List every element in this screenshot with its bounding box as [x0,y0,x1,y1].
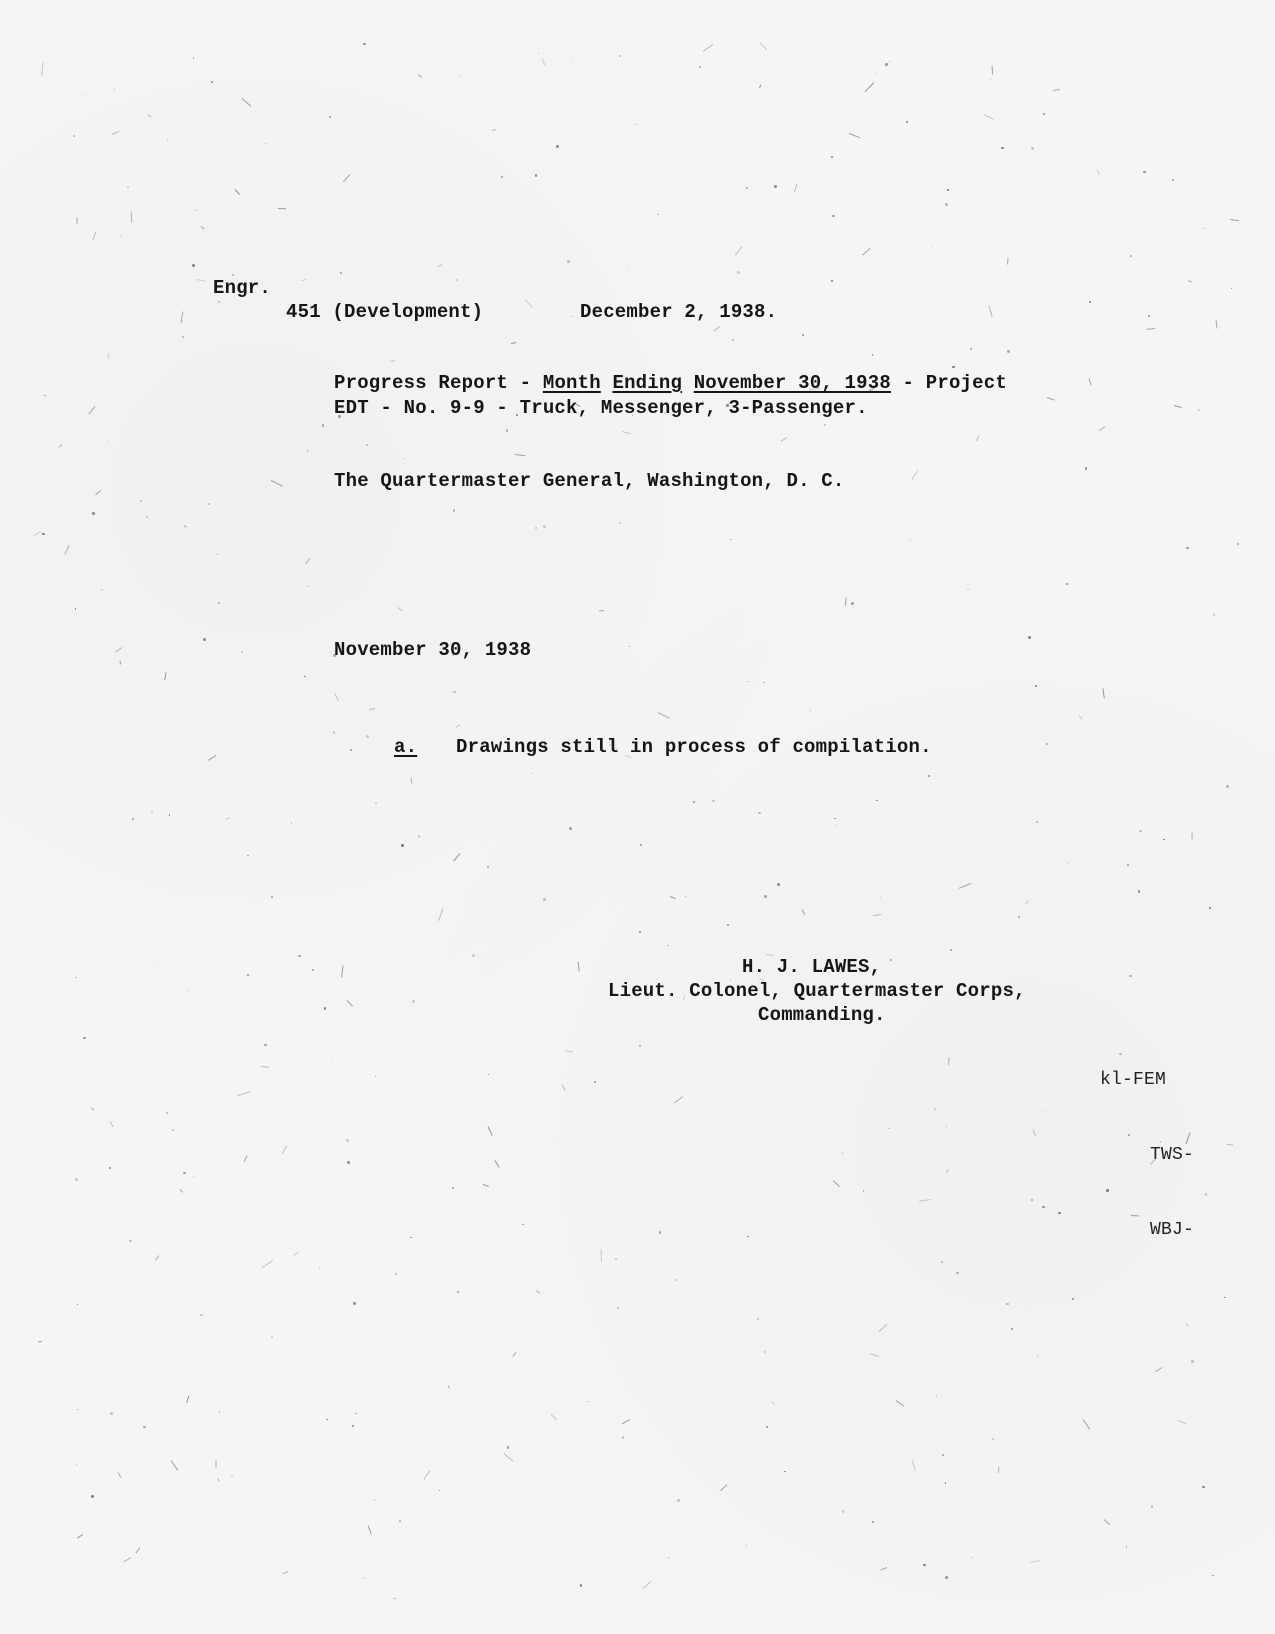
subject-underlined-month: Month [543,372,601,394]
section-date: November 30, 1938 [334,638,531,662]
subject-line-2: EDT - No. 9-9 - Truck, Messenger, 3-Pass… [334,396,868,420]
subject-suffix: - Project [891,372,1007,394]
document-page: Engr. 451 (Development) December 2, 1938… [0,0,1275,1634]
initials-2: TWS- [1150,1143,1194,1167]
item-label: a. [394,735,417,759]
item-text: Drawings still in process of compilation… [456,735,932,759]
subject-underlined-ending: Ending [612,372,682,394]
subject-prefix: Progress Report - [334,372,543,394]
file-number: 451 (Development) [286,300,483,324]
subject-line-1: Progress Report - Month Ending November … [334,371,1007,395]
office-symbol: Engr. [213,276,271,300]
signature-title: Lieut. Colonel, Quartermaster Corps, [608,979,1026,1003]
signature-role: Commanding. [758,1003,886,1027]
initials-1: kl-FEM [1100,1068,1166,1092]
signature-name: H. J. LAWES, [742,955,881,979]
subject-underlined-date: November 30, 1938 [694,372,891,394]
addressee: The Quartermaster General, Washington, D… [334,469,844,493]
initials-3: WBJ- [1150,1218,1194,1242]
letter-date: December 2, 1938. [580,300,777,324]
